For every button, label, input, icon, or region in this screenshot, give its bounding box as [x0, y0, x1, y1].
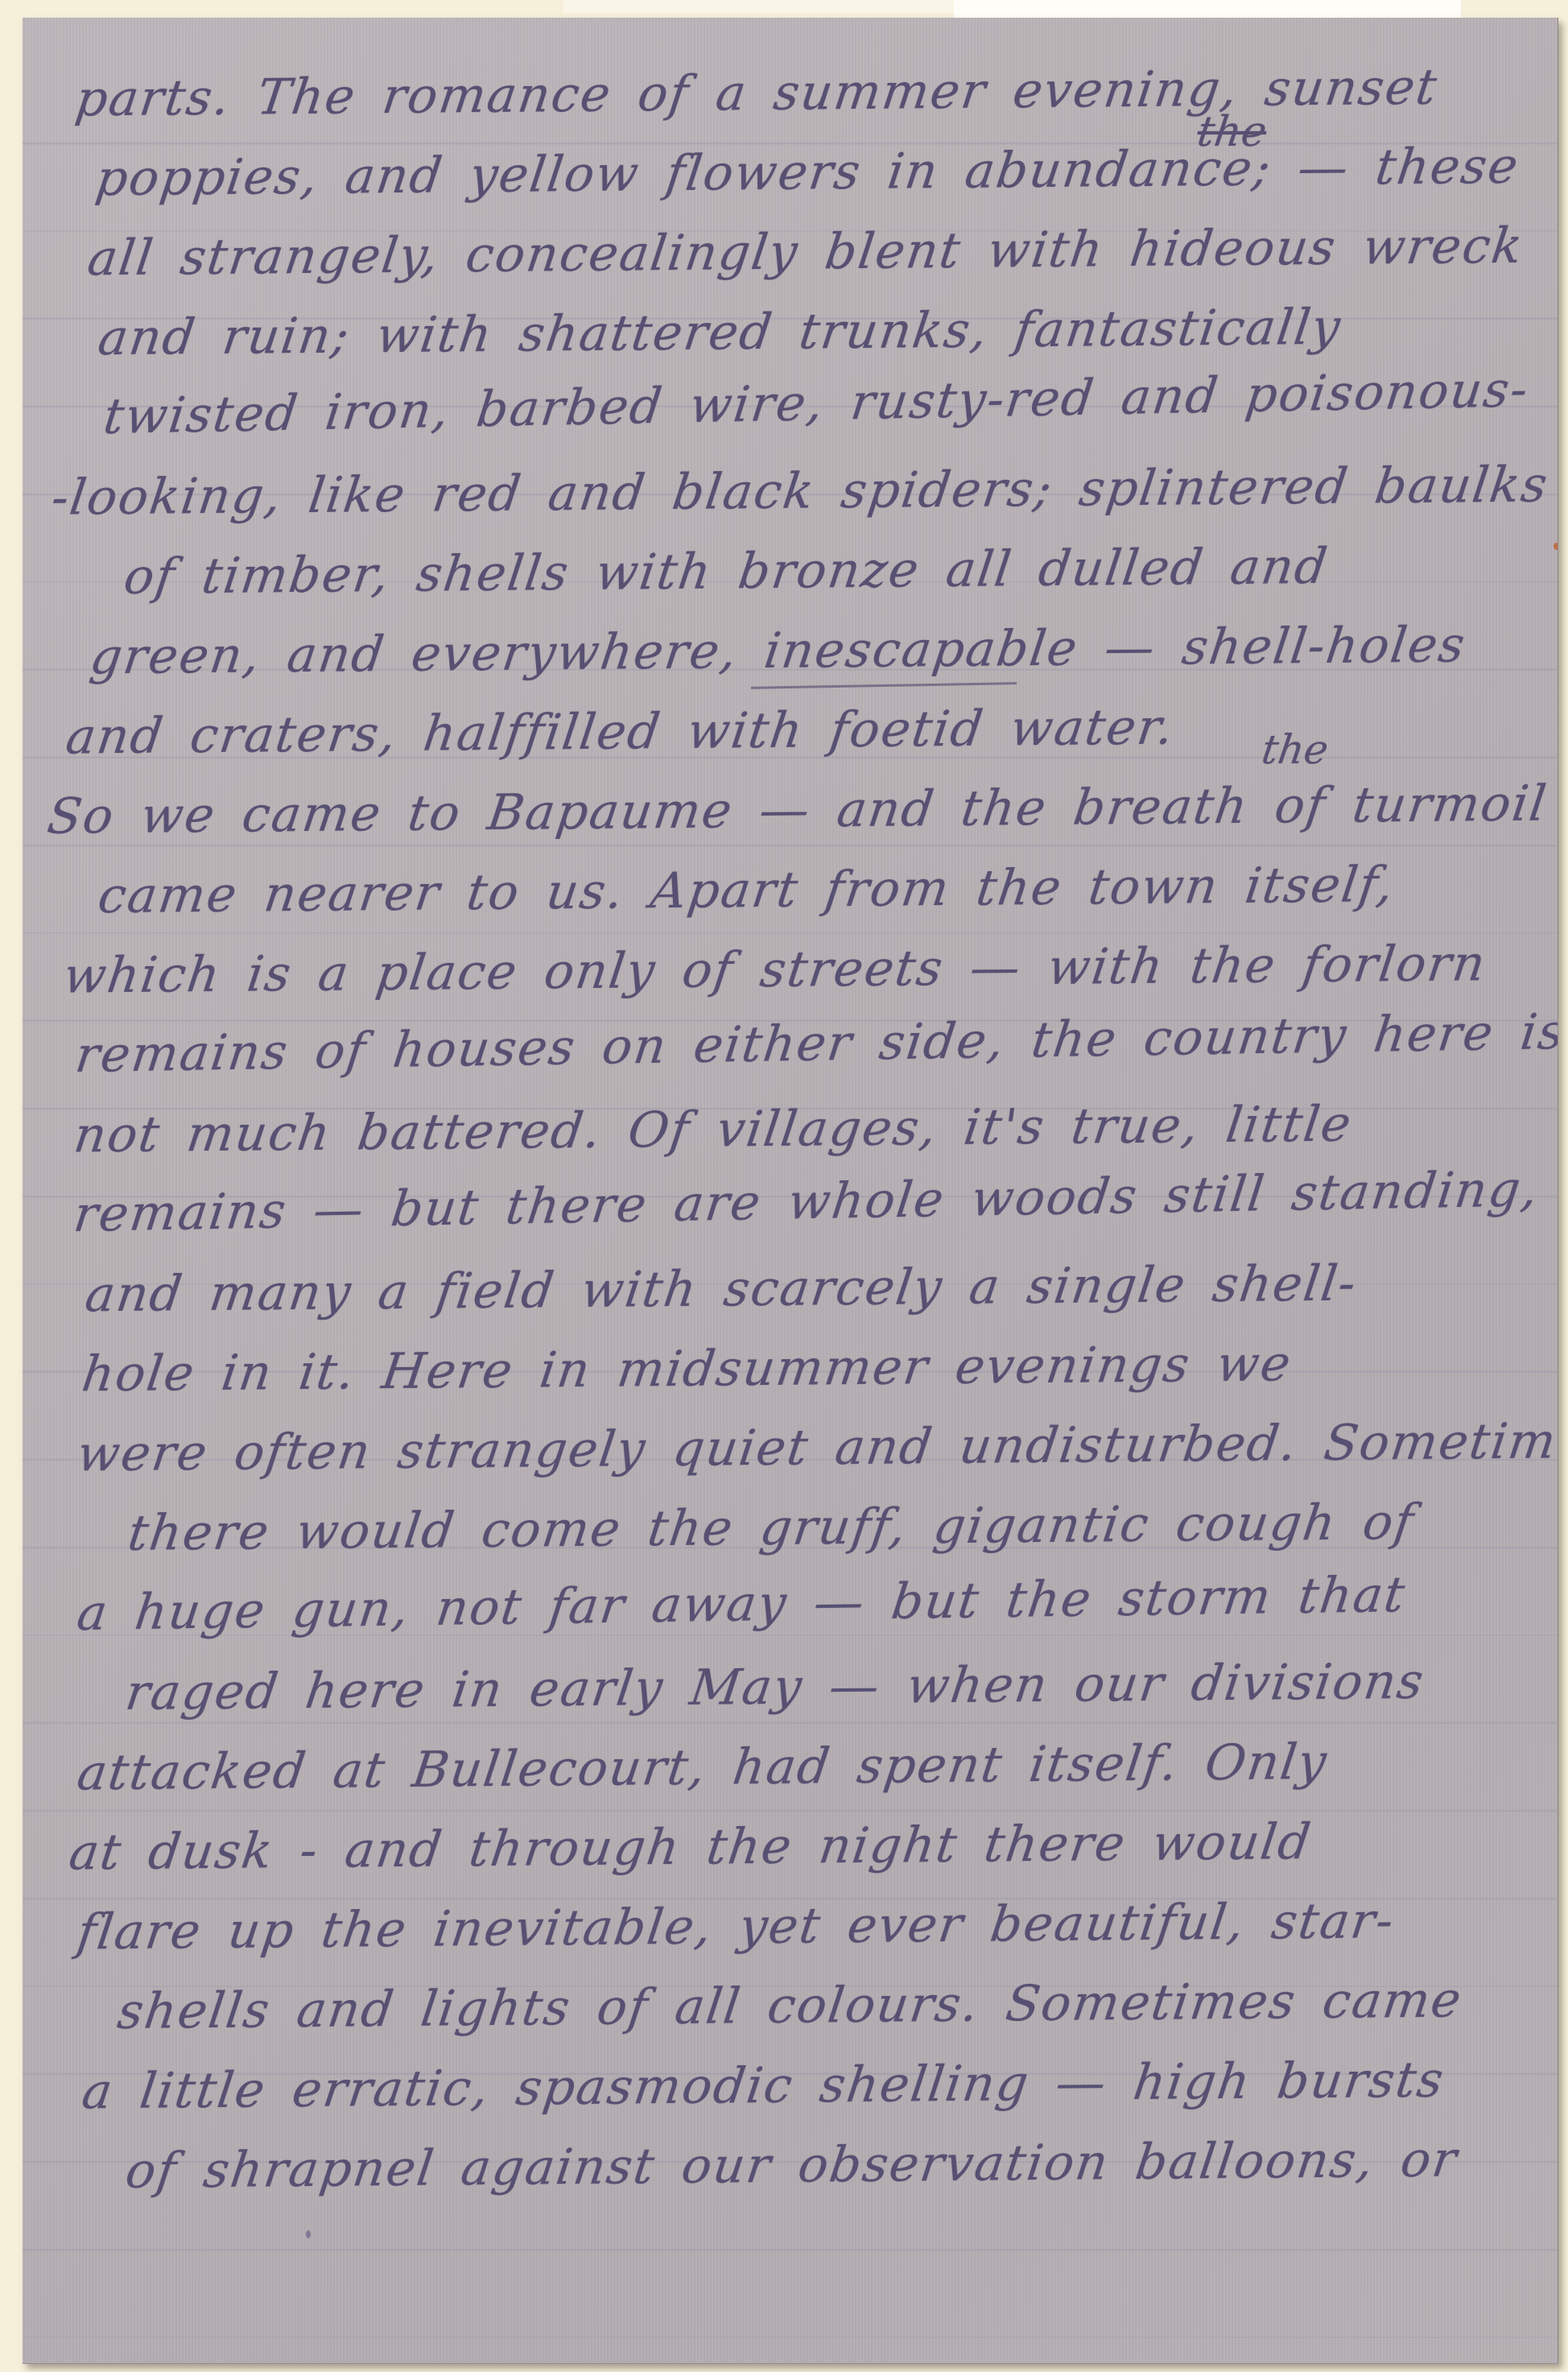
backing-sheet-edge	[954, 0, 1461, 18]
handwritten-line: were often strangely quiet and undisturb…	[23, 1401, 1558, 1494]
handwritten-line: poppies, and yellow flowers in abundance…	[23, 126, 1558, 219]
handwritten-line: flare up the inevitable, yet ever beauti…	[23, 1879, 1558, 1973]
handwritten-line: came nearer to us. Apart from the town i…	[23, 843, 1558, 936]
handwritten-line: hole in it. Here in midsummer evenings w…	[23, 1321, 1558, 1415]
handwritten-line: parts. The romance of a summer evening, …	[23, 46, 1558, 139]
inserted-word-the: the	[1259, 726, 1331, 773]
handwritten-line: shells and lights of all colours. Someti…	[23, 1959, 1558, 2052]
struck-out-word: the	[1195, 108, 1270, 156]
backing-sheet-edge-left	[563, 0, 958, 13]
handwritten-line: So we came to Bapaume — and the breath o…	[23, 763, 1558, 857]
handwritten-line: of shrapnel against our observation ball…	[23, 2118, 1558, 2212]
handwritten-line: and many a field with scarcely a single …	[23, 1242, 1558, 1335]
handwritten-line: of timber, shells with bronze all dulled…	[23, 524, 1558, 618]
handwritten-line: attacked at Bullecourt, had spent itself…	[23, 1720, 1558, 1813]
handwritten-line: at dusk - and through the night there wo…	[23, 1800, 1558, 1893]
ink-speck-small	[306, 2230, 311, 2238]
handwritten-line: all strangely, concealingly blent with h…	[23, 205, 1558, 299]
handwritten-line: raged here in early May — when our divis…	[23, 1640, 1558, 1734]
handwritten-line: a little erratic, spasmodic shelling — h…	[23, 2039, 1558, 2132]
handwritten-line: -looking, like red and black spiders; sp…	[23, 444, 1558, 538]
manuscript-page: parts. The romance of a summer evening, …	[23, 18, 1558, 2364]
handwriting-block: parts. The romance of a summer evening, …	[23, 18, 1558, 2212]
handwritten-line: green, and everywhere, inescapable — she…	[23, 604, 1558, 697]
ink-speck	[1554, 543, 1558, 550]
